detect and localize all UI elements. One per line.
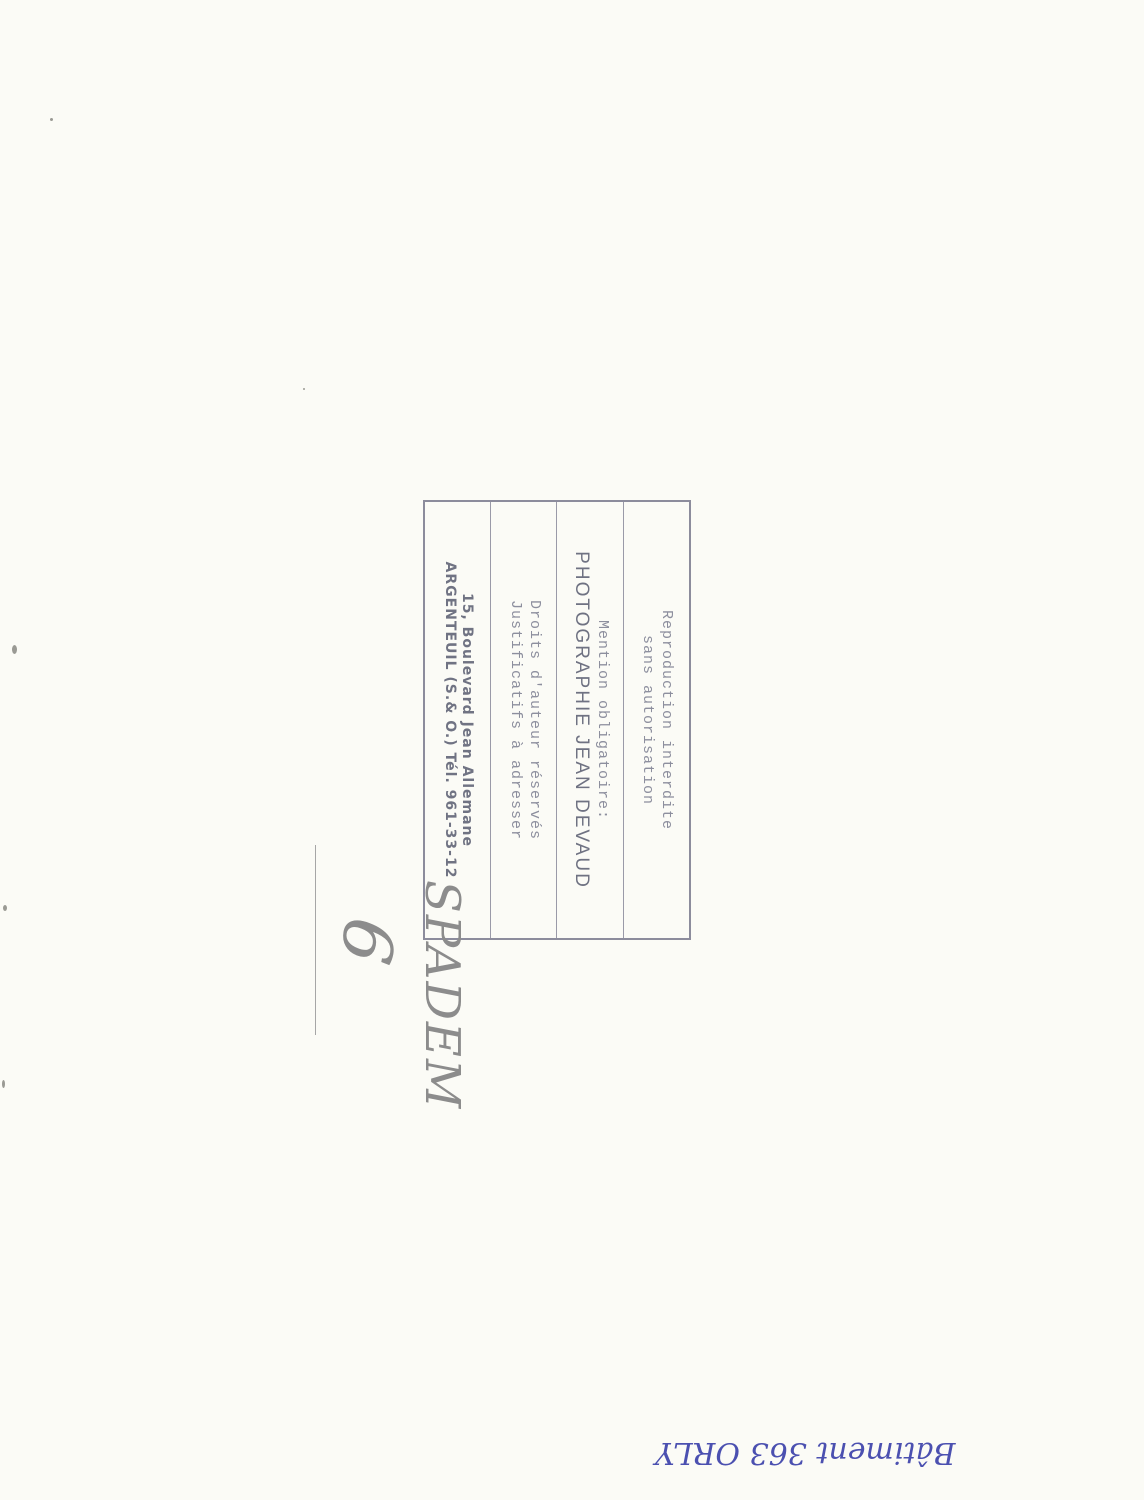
stamp-section-address: 15, Boulevard Jean Allemane ARGENTEUIL (… [425,502,490,938]
stamp-city-phone: ARGENTEUIL (S.& O.) Tél. 961-33-12 [440,562,458,879]
stamp-section-mention: Mention obligatoire: PHOTOGRAPHIE JEAN D… [557,502,623,938]
stamp-section-rights: Droits d'auteur réservés Justificatifs à… [490,502,556,938]
scan-speck [2,1080,5,1088]
stamp-line: Mention obligatoire: [593,620,612,820]
stamp-line: sans autorisation [638,635,657,805]
stamp-section-reproduction: Reproduction interdite sans autorisation [623,502,689,938]
scan-speck [3,905,7,911]
stamp-line: Reproduction interdite [656,610,675,830]
pencil-number-annotation: 6 [323,912,411,970]
ink-location-annotation: Bâtiment 363 ORLY [655,1435,955,1470]
pencil-agency-annotation: SPADEM [414,880,470,1110]
photographer-stamp: Reproduction interdite sans autorisation… [423,500,691,940]
scan-speck [50,118,53,121]
stamp-line: Droits d'auteur réservés [524,600,543,840]
pencil-margin-line [315,845,316,1035]
scan-speck [303,388,305,390]
photographer-name: PHOTOGRAPHIE JEAN DEVAUD [569,551,593,889]
stamp-line: Justificatifs à adresser [505,600,524,840]
stamp-address: 15, Boulevard Jean Allemane [458,593,476,847]
scan-speck [12,645,17,654]
